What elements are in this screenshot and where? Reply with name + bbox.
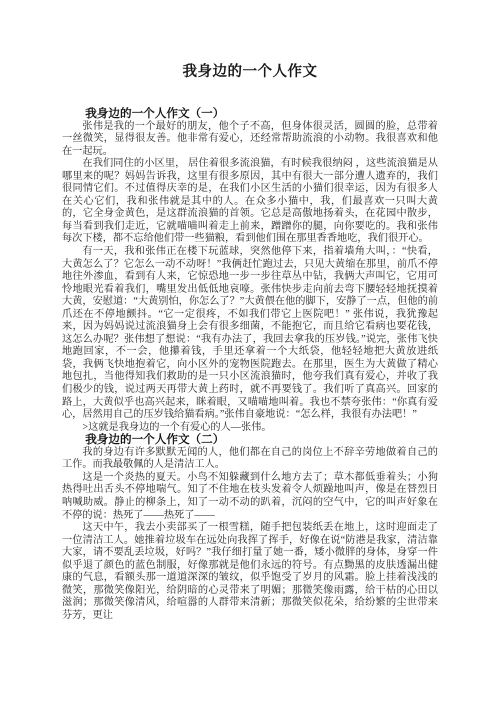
section-2-heading: 我身边的一个人作文（二） — [62, 434, 438, 447]
section-2-paragraph-3: 这天中午，我去小卖部买了一根雪糕，随手把包装纸丢在地上，这时迎面走了一位清洁工人… — [62, 522, 438, 622]
document-page: 我身边的一个人作文 我身边的一个人作文（一） 张伟是我的一个最好的朋友，他个子不… — [0, 0, 500, 708]
essay-section-1: 我身边的一个人作文（一） 张伟是我的一个最好的朋友，他个子不高，但身体很灵活，圆… — [62, 108, 438, 434]
document-title: 我身边的一个人作文 — [62, 64, 438, 81]
section-1-paragraph-3: 有一天，我和张伟正在楼下玩蓝球，突然他停下来，指着墙角大叫，：“快看，大黄怎么了… — [62, 246, 438, 422]
section-1-heading: 我身边的一个人作文（一） — [62, 108, 438, 121]
essay-section-2: 我身边的一个人作文（二） 我的身边有许多默默无闻的人，他们都在自己的岗位上不辞辛… — [62, 434, 438, 622]
section-1-paragraph-1: 张伟是我的一个最好的朋友，他个子不高，但身体很灵活，圆圆的脸，总带着一丝微笑，显… — [62, 121, 438, 159]
section-2-paragraph-2: 这是一个炎热的夏天。小鸟不知躲藏到什么地方去了；草木都低垂着头；小狗热得吐出舌头… — [62, 472, 438, 522]
section-1-paragraph-2: 在我们同住的小区里， 居住着很多流浪猫，有时候我很纳闷 ，这些流浪猫是从哪里来的… — [62, 158, 438, 246]
section-2-paragraph-1: 我的身边有许多默默无闻的人，他们都在自己的岗位上不辞辛劳地做着自己的工作。而我最… — [62, 447, 438, 472]
